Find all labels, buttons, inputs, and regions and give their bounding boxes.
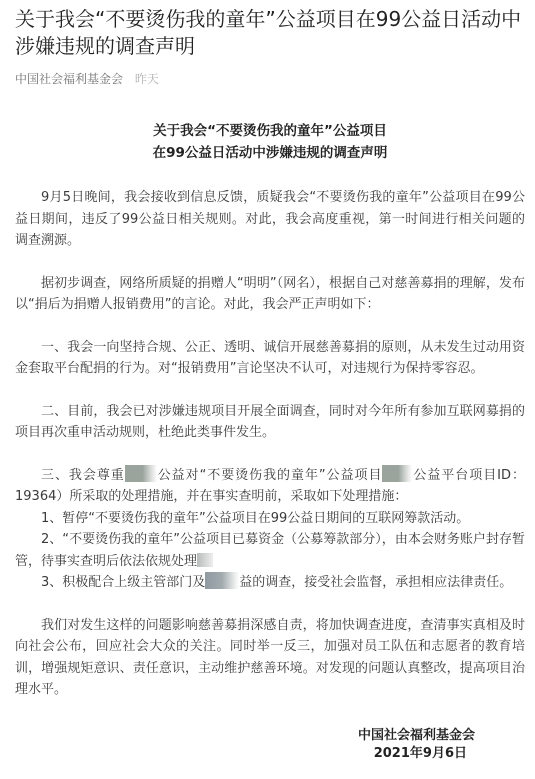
statement-heading-line-1: 关于我会“不要烫伤我的童年”公益项目	[15, 120, 525, 142]
paragraph-intro: 9月5日晚间，我会接收到信息反馈，质疑我会“不要烫伤我的童年”公益项目在99公益…	[15, 187, 525, 252]
statement-image: 关于我会“不要烫伤我的童年”公益项目 在99公益日活动中涉嫌违规的调查声明 9月…	[15, 120, 525, 701]
measure-item-3-text-b: 益的调查，接受社会监督，承担相应法律责任。	[239, 575, 512, 590]
statement-heading-line-2: 在99公益日活动中涉嫌违规的调查声明	[15, 142, 525, 164]
signature-date: 2021年9月6日	[358, 745, 475, 763]
statement-heading: 关于我会“不要烫伤我的童年”公益项目 在99公益日活动中涉嫌违规的调查声明	[15, 120, 525, 164]
measure-item-2: 2、“不要烫伤我的童年”公益项目已募资金（公募筹款部分），由本会财务账户封存暂管…	[15, 529, 525, 572]
point-3-text-b: 公益对“不要烫伤我的童年”公益项目	[157, 468, 383, 483]
measure-item-3-text-a: 3、积极配合上级主管部门及	[41, 575, 205, 590]
redaction-block	[197, 553, 213, 567]
point-3-text-a: 三、我会尊重	[41, 468, 125, 483]
article-title: 关于我会“不要烫伤我的童年”公益项目在99公益日活动中涉嫌违规的调查声明	[15, 6, 525, 60]
redaction-block	[382, 465, 412, 482]
paragraph-point-2: 二、目前，我会已对涉嫌违规项目开展全面调查，同时对今年所有参加互联网募捐的项目再…	[15, 401, 525, 444]
signature-block: 中国社会福利基金会 2021年9月6日	[358, 727, 475, 763]
author-link[interactable]: 中国社会福利基金会	[15, 72, 123, 86]
article-header: 关于我会“不要烫伤我的童年”公益项目在99公益日活动中涉嫌违规的调查声明 中国社…	[15, 6, 525, 87]
signature-org: 中国社会福利基金会	[358, 727, 475, 745]
measure-item-2-text: 2、“不要烫伤我的童年”公益项目已募资金（公募筹款部分），由本会财务账户封存暂管…	[15, 532, 525, 569]
redaction-block	[205, 572, 239, 589]
paragraph-findings: 据初步调查，网络所质疑的捐赠人“明明”（网名），根据自己对慈善募捐的理解，发布以…	[15, 273, 525, 316]
redaction-block	[125, 465, 157, 482]
measure-item-3: 3、积极配合上级主管部门及益的调查，接受社会监督，承担相应法律责任。	[15, 572, 525, 594]
paragraph-closing: 我们对发生这样的问题影响慈善募捐深感自责，将加快调查进度，查清事实真相及时向社会…	[15, 615, 525, 701]
measure-item-1: 1、暂停“不要烫伤我的童年”公益项目在99公益日期间的互联网筹款活动。	[15, 508, 525, 530]
publish-date: 昨天	[135, 72, 159, 86]
paragraph-point-3: 三、我会尊重公益对“不要烫伤我的童年”公益项目公益平台项目ID：19364）所采…	[15, 465, 525, 508]
article-meta: 中国社会福利基金会 昨天	[15, 71, 525, 87]
paragraph-point-1: 一、我会一向坚持合规、公正、透明、诚信开展慈善募捐的原则，从未发生过动用资金套取…	[15, 337, 525, 380]
